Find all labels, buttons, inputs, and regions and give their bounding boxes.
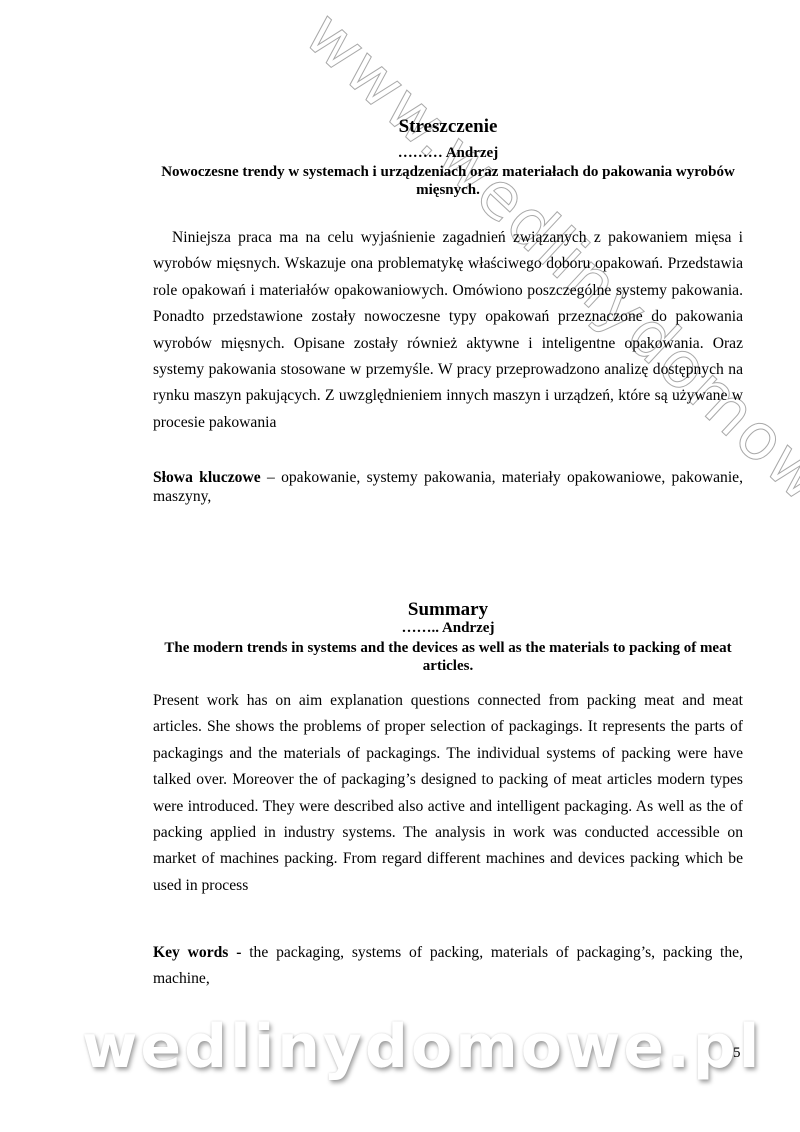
english-keywords-text: the packaging, systems of packing, mater… — [153, 944, 743, 987]
page-number: 5 — [733, 1045, 741, 1062]
polish-title: Nowoczesne trendy w systemach i urządzen… — [153, 163, 743, 199]
english-abstract: Present work has on aim explanation ques… — [153, 688, 743, 899]
polish-keywords: Słowa kluczowe – opakowanie, systemy pak… — [153, 468, 743, 506]
bottom-watermark: wedlinydomowe.pl — [82, 1012, 762, 1082]
english-title: The modern trends in systems and the dev… — [153, 639, 743, 675]
english-keywords-label: Key words - — [153, 944, 241, 961]
polish-keywords-label: Słowa kluczowe — [153, 469, 261, 486]
polish-abstract: Niniejsza praca ma na celu wyjaśnienie z… — [153, 225, 743, 436]
english-heading: Summary — [153, 599, 743, 621]
english-author: …….. Andrzej — [153, 620, 743, 637]
polish-author: ……… Andrzej — [153, 145, 743, 162]
document-page: www.wedlinydomowe.pl wedlinydomowe.pl St… — [0, 0, 800, 1132]
polish-heading: Streszczenie — [153, 116, 743, 138]
english-keywords: Key words - the packaging, systems of pa… — [153, 940, 743, 993]
